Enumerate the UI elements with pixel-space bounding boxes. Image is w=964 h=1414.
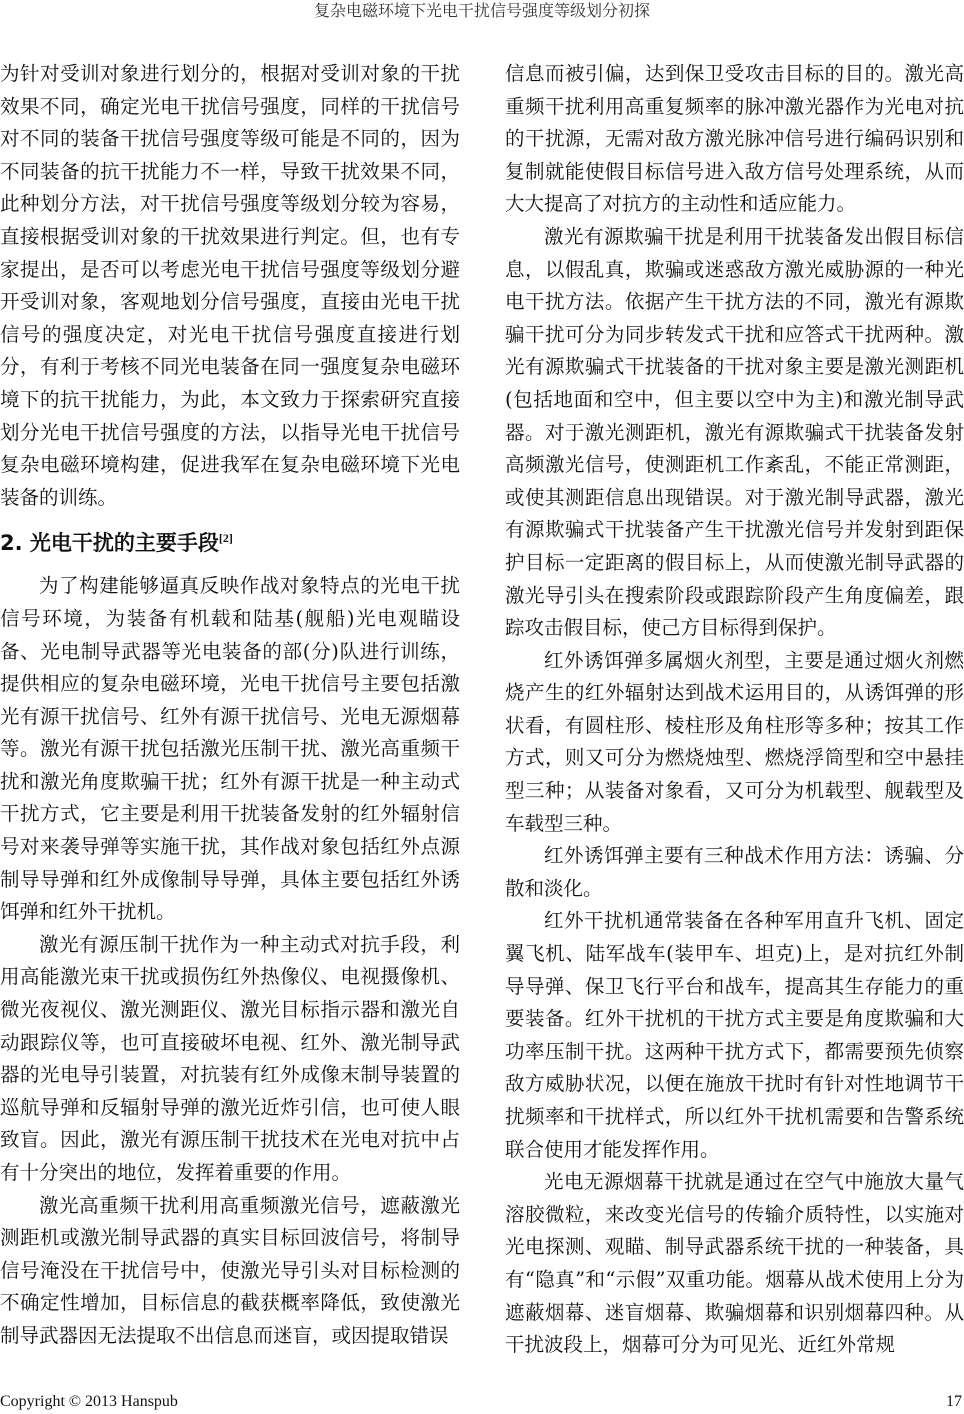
left-column: 为针对受训对象进行划分的，根据对受训对象的干扰效果不同，确定光电干扰信号强度，同… <box>0 58 460 1353</box>
paragraph-smoke-screen: 光电无源烟幕干扰就是通过在空气中施放大量气溶胶微粒，来改变光信号的传输介质特性，… <box>505 1166 964 1362</box>
paragraph-decoy-tactics: 红外诱饵弹主要有三种战术作用方法：诱骗、分散和淡化。 <box>505 840 964 905</box>
page-number: 17 <box>946 1392 962 1412</box>
paragraph-infrared-jammer: 红外干扰机通常装备在各种军用直升飞机、固定翼飞机、陆军战车(装甲车、坦克)上，是… <box>505 905 964 1166</box>
paragraph-infrared-decoy: 红外诱饵弹多属烟火剂型，主要是通过烟火剂燃烧产生的红外辐射达到战术运用目的，从诱… <box>505 645 964 841</box>
paragraph-optoelectronic-jamming-overview: 为了构建能够逼真反映作战对象特点的光电干扰信号环境，为装备有机载和陆基(舰船)光… <box>0 570 460 929</box>
paragraph-continued-high-rep: 信息而被引偏，达到保卫受攻击目标的目的。激光高重频干扰利用高重复频率的脉冲激光器… <box>505 58 964 221</box>
running-header-title: 复杂电磁环境下光电干扰信号强度等级划分初探 <box>0 0 964 22</box>
copyright-notice: Copyright © 2013 Hanspub <box>0 1392 178 1412</box>
paragraph-continued-intro: 为针对受训对象进行划分的，根据对受训对象的干扰效果不同，确定光电干扰信号强度，同… <box>0 58 460 514</box>
citation-link[interactable]: [2] <box>219 531 233 545</box>
section-number: 2. <box>0 531 23 555</box>
paragraph-laser-high-rep-jamming: 激光高重频干扰利用高重频激光信号，遮蔽激光测距机或激光制导武器的真实目标回波信号… <box>0 1190 460 1353</box>
section-heading: 2. 光电干扰的主要手段[2] <box>0 526 460 560</box>
right-column: 信息而被引偏，达到保卫受攻击目标的目的。激光高重频干扰利用高重复频率的脉冲激光器… <box>505 58 964 1362</box>
paragraph-laser-suppression-jamming: 激光有源压制干扰作为一种主动式对抗手段，利用高能激光束干扰或损伤红外热像仪、电视… <box>0 929 460 1190</box>
section-title: 光电干扰的主要手段 <box>30 531 219 555</box>
paragraph-laser-deception-jamming: 激光有源欺骗干扰是利用干扰装备发出假目标信息，以假乱真，欺骗或迷惑敌方激光威胁源… <box>505 221 964 645</box>
